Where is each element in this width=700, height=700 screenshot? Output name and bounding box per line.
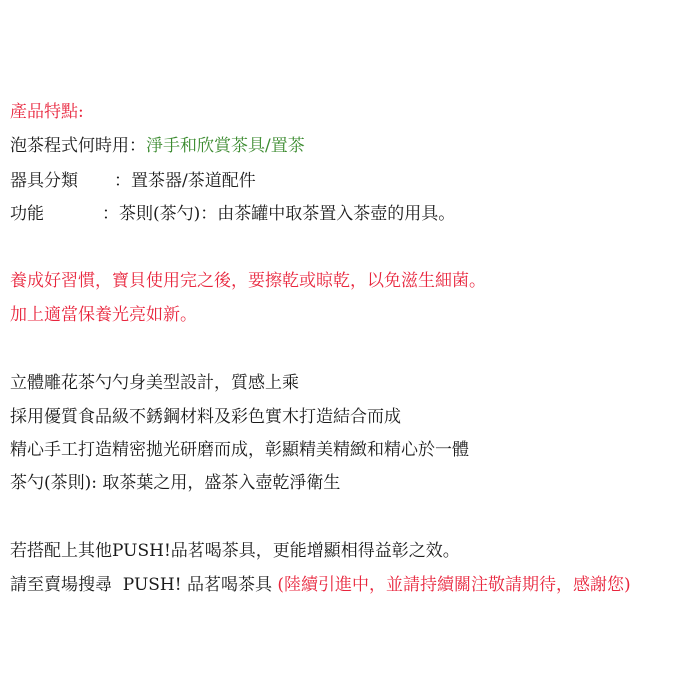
spec-value: 淨手和欣賞茶具/置茶 <box>146 136 305 156</box>
spec-label: 器具分類 <box>10 171 78 191</box>
spec-label: 泡茶程式何時用 <box>10 136 129 156</box>
promo-line: 若搭配上其他PUSH!品茗喝茶具，更能增顯相得益彰之效。 <box>10 540 460 562</box>
spec-label: 功能 <box>10 204 44 224</box>
promo-search-text: 請至賣場搜尋 PUSH! 品茗喝茶具 <box>10 575 277 595</box>
promo-search-line: 請至賣場搜尋 PUSH! 品茗喝茶具 (陸續引進中，並請持續關注敬請期待，感謝您… <box>10 574 631 596</box>
spec-category: 器具分類：置茶器/茶道配件 <box>10 170 256 192</box>
feature-line: 立體雕花茶勺勺身美型設計，質感上乘 <box>10 372 299 394</box>
spec-function: 功能：茶則(茶勺)：由茶罐中取茶置入茶壺的用具。 <box>10 203 455 225</box>
spec-usage-time: 泡茶程式何時用：淨手和欣賞茶具/置茶 <box>10 135 305 157</box>
spec-value: 置茶器/茶道配件 <box>131 171 256 191</box>
feature-line: 精心手工打造精密拋光研磨而成，彰顯精美精緻和精心於一體 <box>10 439 469 461</box>
spec-value: 茶則(茶勺)：由茶罐中取茶置入茶壺的用具。 <box>119 204 455 224</box>
spec-separator: ： <box>114 171 131 191</box>
spec-separator: ： <box>102 204 119 224</box>
features-heading: 產品特點: <box>10 101 84 123</box>
promo-highlight: (陸續引進中，並請持續關注敬請期待，感謝您) <box>277 575 630 595</box>
care-note: 加上適當保養光亮如新。 <box>10 304 197 326</box>
feature-line: 採用優質食品級不銹鋼材料及彩色實木打造結合而成 <box>10 406 401 428</box>
care-note: 養成好習慣，寶貝使用完之後，要擦乾或晾乾，以免滋生細菌。 <box>10 270 486 292</box>
feature-line: 茶勺(茶則): 取茶葉之用，盛茶入壺乾淨衛生 <box>10 472 340 494</box>
spec-separator: ： <box>129 136 146 156</box>
